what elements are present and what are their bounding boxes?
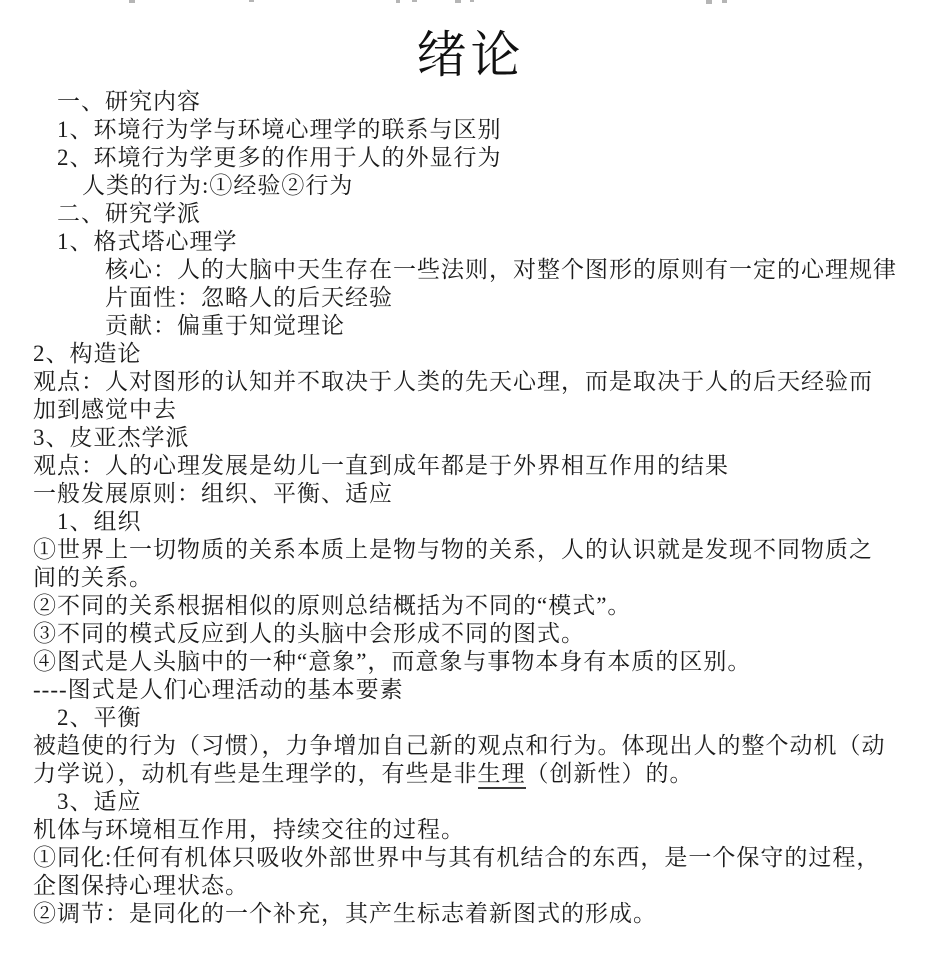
- text-line: 间的关系。: [33, 564, 913, 592]
- text-line: 机体与环境相互作用，持续交往的过程。: [33, 816, 913, 844]
- page-crop-artifact: [470, 0, 474, 2]
- text-line: 贡献：偏重于知觉理论: [105, 312, 913, 340]
- document-page: 绪论 一、研究内容 1、环境行为学与环境心理学的联系与区别 2、环境行为学更多的…: [0, 0, 941, 955]
- underlined-text: 生理: [478, 761, 526, 789]
- text-line: ②不同的关系根据相似的原则总结概括为不同的“模式”。: [33, 592, 913, 620]
- text-line: 一、研究内容: [57, 88, 913, 116]
- text-line: 加到感觉中去: [33, 396, 913, 424]
- text-line: 企图保持心理状态。: [33, 872, 913, 900]
- text-line: 力学说），动机有些是生理学的，有些是非生理（创新性）的。: [33, 760, 913, 788]
- text-line: ②调节：是同化的一个补充，其产生标志着新图式的形成。: [33, 900, 913, 928]
- page-title: 绪论: [0, 0, 941, 86]
- text-line: 片面性：忽略人的后天经验: [105, 284, 913, 312]
- text-line: 核心：人的大脑中天生存在一些法则，对整个图形的原则有一定的心理规律: [105, 256, 913, 284]
- text-line: 1、组织: [57, 508, 913, 536]
- text-line: 1、环境行为学与环境心理学的联系与区别: [57, 116, 913, 144]
- page-crop-artifact: [455, 0, 461, 3]
- page-crop-artifact: [129, 0, 135, 3]
- page-crop-artifact: [396, 0, 400, 3]
- text-line: 观点：人的心理发展是幼儿一直到成年都是于外界相互作用的结果: [33, 452, 913, 480]
- text-line: 2、环境行为学更多的作用于人的外显行为: [57, 144, 913, 172]
- text-line: 被趋使的行为（习惯），力争增加自己新的观点和行为。体现出人的整个动机（动: [33, 732, 913, 760]
- page-crop-artifact: [412, 0, 417, 2]
- text-segment: 力学说），动机有些是生理学的，有些是非: [33, 761, 478, 786]
- text-line: ①同化:任何有机体只吸收外部世界中与其有机结合的东西，是一个保守的过程，: [33, 844, 913, 872]
- text-line: 1、格式塔心理学: [57, 228, 913, 256]
- text-line: 二、研究学派: [57, 200, 913, 228]
- text-line: ①世界上一切物质的关系本质上是物与物的关系，人的认识就是发现不同物质之: [33, 536, 913, 564]
- text-line: ③不同的模式反应到人的头脑中会形成不同的图式。: [33, 620, 913, 648]
- text-line: ----图式是人们心理活动的基本要素: [33, 676, 913, 704]
- text-line: 观点：人对图形的认知并不取决于人类的先天心理，而是取决于人的后天经验而: [33, 368, 913, 396]
- document-body: 一、研究内容 1、环境行为学与环境心理学的联系与区别 2、环境行为学更多的作用于…: [0, 86, 941, 928]
- text-line: 人类的行为:①经验②行为: [82, 172, 913, 200]
- page-crop-artifact: [706, 0, 712, 4]
- text-line: 3、皮亚杰学派: [33, 424, 913, 452]
- page-crop-artifact: [722, 0, 727, 3]
- text-segment: （创新性）的。: [526, 761, 694, 786]
- text-line: 一般发展原则：组织、平衡、适应: [33, 480, 913, 508]
- page-crop-artifact: [249, 0, 254, 2]
- text-line: 2、平衡: [57, 704, 913, 732]
- text-line: 2、构造论: [33, 340, 913, 368]
- text-line: ④图式是人头脑中的一种“意象”，而意象与事物本身有本质的区别。: [33, 648, 913, 676]
- text-line: 3、适应: [57, 788, 913, 816]
